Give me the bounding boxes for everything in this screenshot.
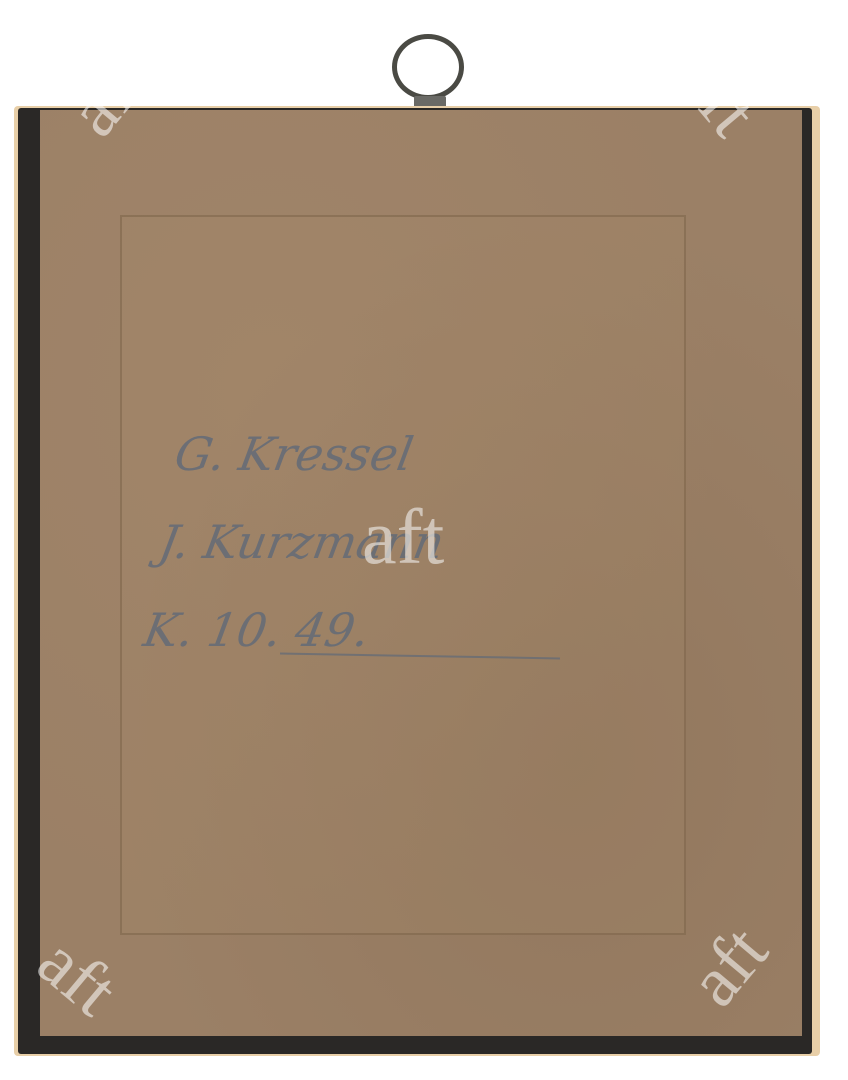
watermark-center: aft: [362, 498, 444, 576]
inscription-line: G. Kressel: [168, 410, 604, 498]
inscription-line: K. 10. 49.: [137, 586, 573, 674]
hanging-ring-icon: [392, 34, 464, 100]
